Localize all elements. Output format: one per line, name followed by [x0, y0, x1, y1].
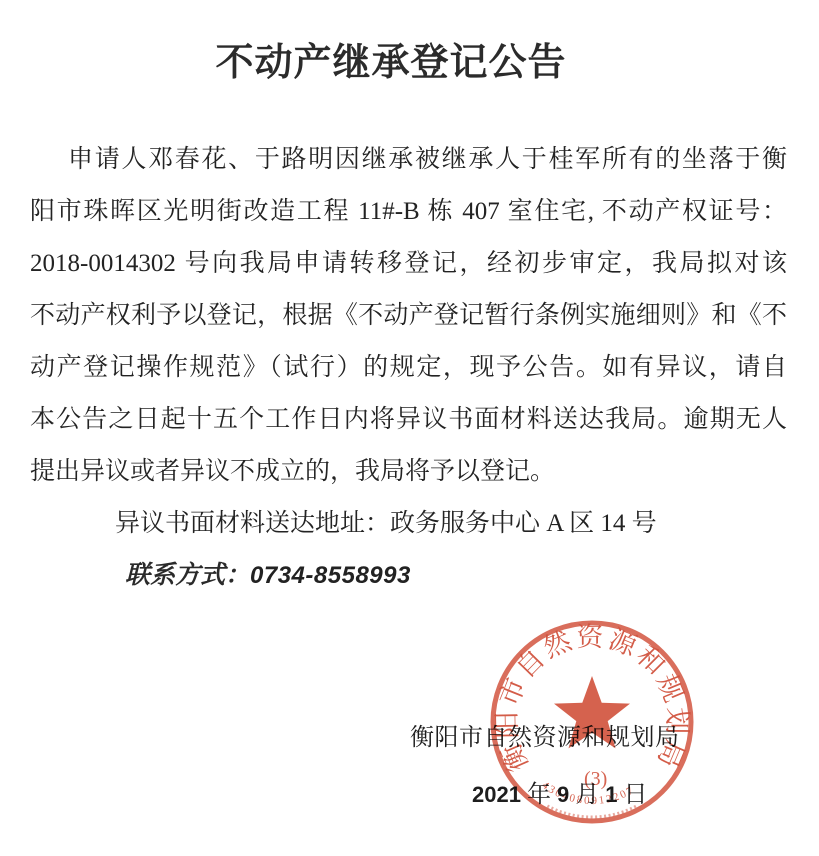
signature-line: 衡阳市自然资源和规划局: [410, 717, 680, 752]
contact-line: 联系方式：0734-8558993: [30, 550, 787, 602]
body-paragraph: 申请人邓春花、于路明因继承被继承人于桂军所有的坐落于衡阳市珠晖区光明街改造工程 …: [30, 134, 787, 498]
document-title: 不动产继承登记公告: [0, 31, 782, 86]
announcement-body: 申请人邓春花、于路明因继承被继承人于桂军所有的坐落于衡阳市珠晖区光明街改造工程 …: [30, 134, 787, 602]
body-line: 动产登记操作规范》（试行）的规定，现予公告。如有异议，请自: [30, 342, 787, 394]
seal-arc-text: 衡阳市自然资源和规划局: [492, 622, 692, 776]
body-line: 不动产权利予以登记，根据《不动产登记暂行条例实施细则》和《不: [30, 290, 787, 342]
document-page: 不动产继承登记公告 申请人邓春花、于路明因继承被继承人于桂军所有的坐落于衡阳市珠…: [0, 0, 819, 856]
body-line: 本公告之日起十五个工作日内将异议书面材料送达我局。逾期无人: [30, 394, 787, 446]
body-line: 阳市珠晖区光明街改造工程 11#-B 栋 407 室住宅, 不动产权证号：: [30, 186, 787, 238]
date-day-label: 日: [623, 782, 647, 808]
contact-number: 0734-8558993: [250, 562, 411, 589]
date-month: 9: [557, 782, 569, 807]
date-day: 1: [605, 782, 617, 807]
contact-label: 联系方式：: [125, 562, 250, 589]
body-line: 申请人邓春花、于路明因继承被继承人于桂军所有的坐落于衡: [30, 134, 787, 186]
date-year: 2021: [472, 782, 521, 807]
issue-date: 2021年9月1日: [472, 774, 653, 809]
body-line: 提出异议或者异议不成立的，我局将予以登记。: [30, 446, 787, 498]
body-line: 2018-0014302 号向我局申请转移登记，经初步审定，我局拟对该: [30, 238, 787, 290]
date-year-label: 年: [527, 782, 551, 808]
date-month-label: 月: [575, 782, 599, 808]
address-line: 异议书面材料送达地址：政务服务中心 A 区 14 号: [30, 498, 787, 550]
